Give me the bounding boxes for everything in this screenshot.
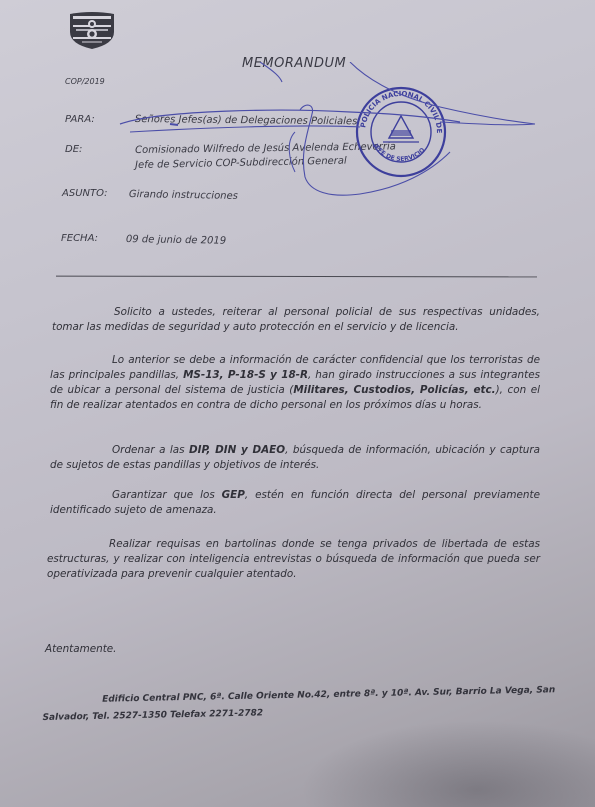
paragraph-5: Realizar requisas en bartolinas donde se…: [47, 537, 540, 582]
reference-number: COP/2019: [65, 77, 105, 86]
gang-names: MS-13, P-18-S y 18-R: [183, 369, 308, 381]
official-seal-stamp-icon: POLICIA NACIONAL CIVIL DE EL SALVADOR JE…: [355, 86, 447, 178]
document-title: MEMORANDUM: [242, 56, 346, 71]
svg-text:JEFE DE SERVICIO: JEFE DE SERVICIO: [371, 142, 426, 163]
asunto-label: ASUNTO:: [62, 188, 108, 199]
header-divider: [56, 276, 537, 278]
gep-unit: GEP: [222, 489, 245, 501]
units-names: DIP, DIN y DAEO: [189, 444, 285, 456]
memorandum-page: MEMORANDUM COP/2019 PARA: Señores Jefes(…: [0, 0, 595, 807]
para-label: PARA:: [65, 114, 95, 125]
paragraph-2: Lo anterior se debe a información de car…: [50, 353, 540, 413]
fecha-label: FECHA:: [61, 233, 98, 244]
paragraph-3: Ordenar a las DIP, DIN y DAEO, búsqueda …: [50, 443, 540, 473]
para-value: Señores Jefes(as) de Delegaciones Polici…: [135, 114, 357, 127]
police-shield-emblem-icon: [64, 10, 120, 50]
footer-address: Edificio Central PNC, 6ª. Calle Oriente …: [42, 682, 563, 727]
asunto-value: Girando instrucciones: [129, 189, 238, 202]
paragraph-1: Solicito a ustedes, reiterar al personal…: [52, 305, 540, 335]
de-value-title: Jefe de Servicio COP-Subdirección Genera…: [135, 156, 347, 171]
fecha-value: 09 de junio de 2019: [126, 234, 226, 247]
closing-salutation: Atentamente.: [45, 643, 116, 655]
photo-shadow: [300, 720, 595, 807]
target-groups: Militares, Custodios, Policías, etc.: [293, 384, 495, 396]
paragraph-4: Garantizar que los GEP, estén en función…: [50, 488, 540, 518]
de-label: DE:: [65, 144, 82, 155]
